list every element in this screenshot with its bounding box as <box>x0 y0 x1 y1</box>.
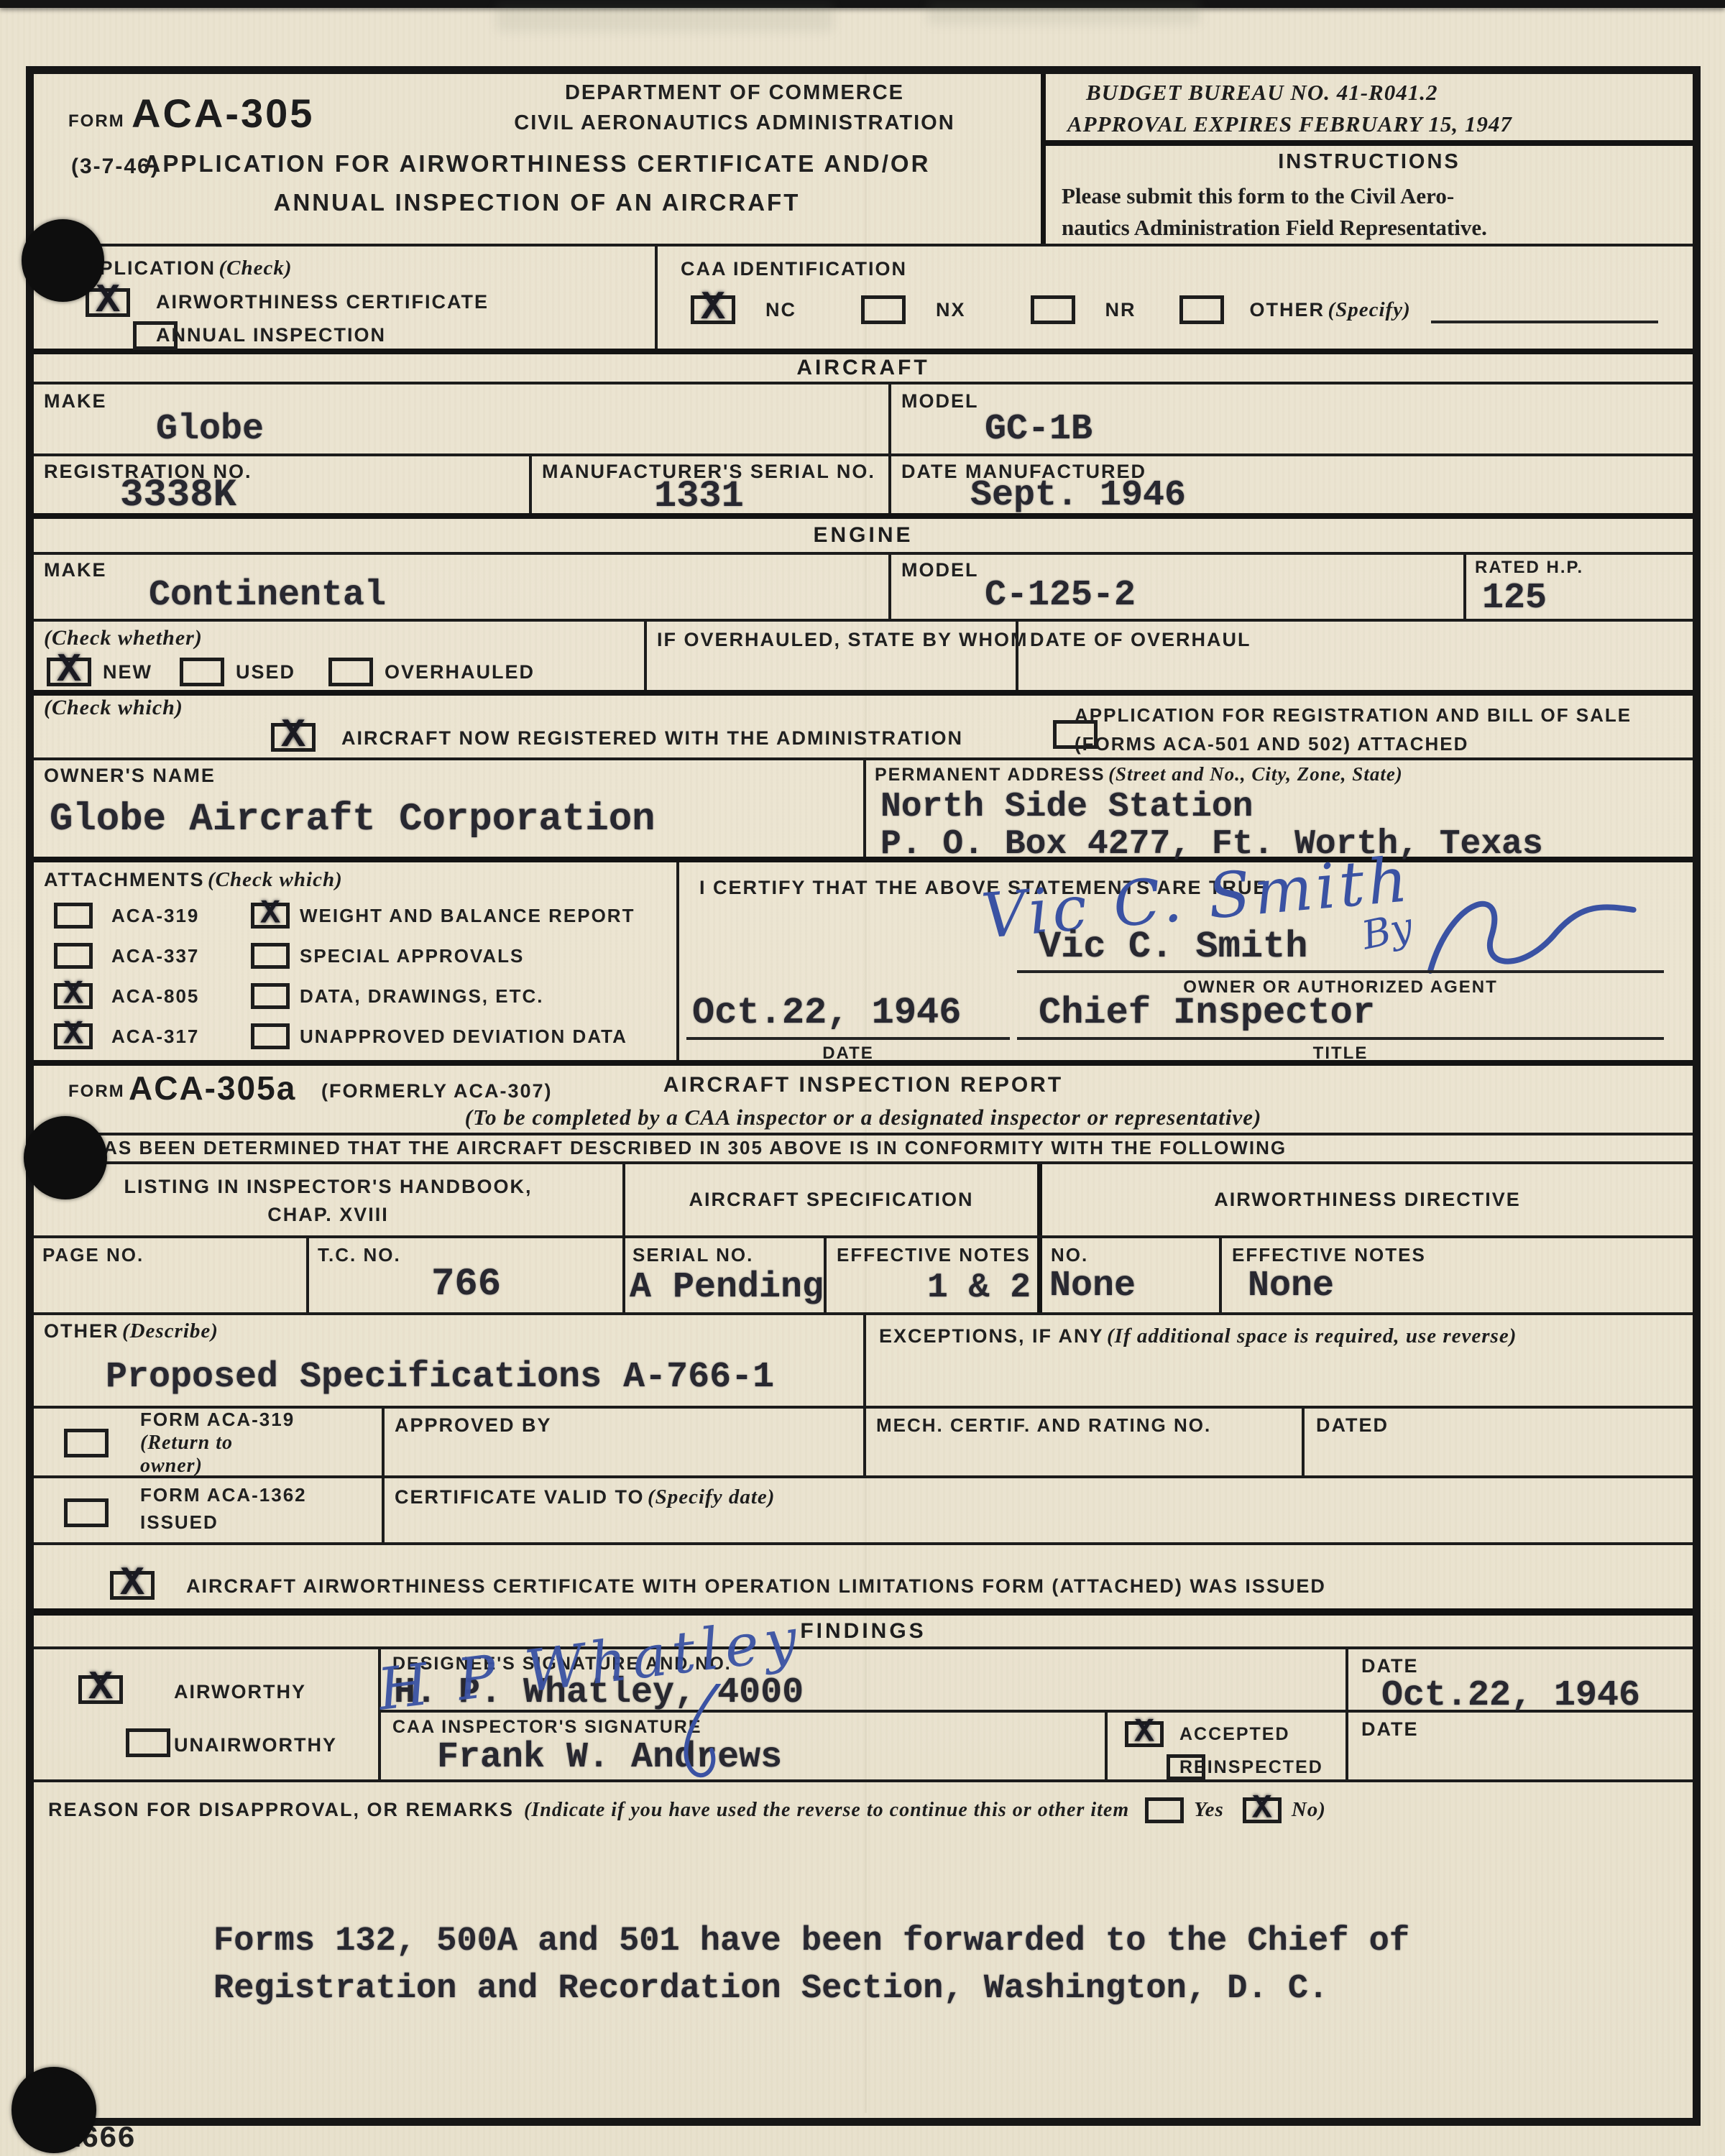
certification-title-value: Chief Inspector <box>1039 992 1375 1034</box>
caa-identification-options: X NC NX NR OTHER (Specify) <box>691 295 1671 324</box>
date-manufactured-value: Sept. 1946 <box>970 475 1186 516</box>
owner-address-line1: North Side Station <box>880 788 1253 826</box>
engine-section-header: ENGINE <box>34 519 1693 555</box>
spec-serial-cell: SERIAL NO. A Pending <box>625 1238 827 1312</box>
spec-values-row: PAGE NO. T.C. NO. 766 SERIAL NO. A Pendi… <box>34 1238 1693 1315</box>
form-title-line2: ANNUAL INSPECTION OF AN AIRCRAFT <box>34 189 1040 216</box>
spec-serial-label: SERIAL NO. <box>632 1244 753 1266</box>
attachment-item: UNAPPROVED DEVIATION DATA <box>251 1023 627 1049</box>
registration-status-row: (Check which) X AIRCRAFT NOW REGISTERED … <box>34 696 1693 760</box>
determination-text: IT HAS BEEN DETERMINED THAT THE AIRCRAFT… <box>63 1137 1287 1159</box>
owner-address-label: PERMANENT ADDRESS (Street and No., City,… <box>875 763 1403 786</box>
certificate-valid-label: CERTIFICATE VALID TO (Specify date) <box>395 1485 775 1509</box>
reason-remarks-line: REASON FOR DISAPPROVAL, OR REMARKS (Indi… <box>34 1782 1693 1829</box>
findings-section-header: FINDINGS <box>34 1616 1693 1649</box>
other-describe-cell: OTHER (Describe) Proposed Specifications… <box>34 1315 866 1406</box>
spec-notes-value: 1 & 2 <box>927 1268 1031 1307</box>
aca319-line2: (Return to <box>140 1432 233 1455</box>
serial-value: 1331 <box>654 475 744 517</box>
title-line <box>1017 1037 1664 1040</box>
certification-date-label: DATE <box>686 1044 1010 1064</box>
other-specify-line <box>1431 296 1658 323</box>
used-label: USED <box>236 661 295 683</box>
form-aca-305: FORM ACA-305 (3-7-46) DEPARTMENT OF COMM… <box>26 66 1701 2126</box>
airworthiness-directive-header: AIRWORTHINESS DIRECTIVE <box>1214 1189 1521 1211</box>
aircraft-make-value: Globe <box>156 409 264 450</box>
overhauled-by-cell: IF OVERHAULED, STATE BY WHOM <box>647 622 1018 690</box>
engine-section-title: ENGINE <box>813 523 913 548</box>
certificate-issued-cell: X AIRCRAFT AIRWORTHINESS CERTIFICATE WIT… <box>34 1545 1693 1608</box>
punch-hole <box>11 2067 96 2153</box>
overhauled-label: OVERHAULED <box>385 661 535 683</box>
certificate-issued-checkbox: X <box>110 1571 155 1600</box>
engine-hp-label: RATED H.P. <box>1475 558 1583 578</box>
punch-hole <box>24 1116 107 1199</box>
approved-by-label: APPROVED BY <box>395 1414 552 1437</box>
mech-certif-cell: MECH. CERTIF. AND RATING NO. <box>866 1409 1305 1475</box>
aca319-checkbox <box>64 1429 109 1457</box>
serial-cell: MANUFACTURER'S SERIAL NO. 1331 <box>532 456 891 513</box>
engine-make-label: MAKE <box>44 559 107 581</box>
signature-by-script: By <box>1358 903 1417 958</box>
airworthiness-certificate-checkbox: X <box>86 288 130 317</box>
inspection-report-header: FORM ACA-305a (FORMERLY ACA-307) AIRCRAF… <box>34 1066 1693 1135</box>
overhauled-checkbox <box>328 658 373 686</box>
engine-hp-cell: RATED H.P. 125 <box>1466 555 1693 619</box>
engine-model-cell: MODEL C-125-2 <box>891 555 1466 619</box>
certificate-issued-row: X AIRCRAFT AIRWORTHINESS CERTIFICATE WIT… <box>34 1545 1693 1616</box>
listing-line2: CHAP. XVIII <box>34 1204 622 1226</box>
remarks-no-label: No) <box>1292 1798 1326 1822</box>
certification-title-label: TITLE <box>1017 1044 1664 1064</box>
registration-status-cell: (Check which) X AIRCRAFT NOW REGISTERED … <box>34 696 1693 757</box>
budget-bureau-no: BUDGET BUREAU NO. 41-R041.2 <box>1086 80 1437 106</box>
owner-name-value: Globe Aircraft Corporation <box>50 798 655 842</box>
aircraft-section-header: AIRCRAFT <box>34 354 1693 384</box>
directive-notes-label: EFFECTIVE NOTES <box>1232 1244 1426 1266</box>
aca1362-checkbox <box>64 1498 109 1527</box>
findings-row: X AIRWORTHY UNAIRWORTHY DESIGNEE'S SIGNA… <box>34 1649 1693 1782</box>
aircraft-model-cell: MODEL GC-1B <box>891 384 1693 453</box>
date-line <box>686 1037 1010 1040</box>
scanned-form-page: FORM ACA-305 (3-7-46) DEPARTMENT OF COMM… <box>0 0 1725 2156</box>
reason-label-paren: (Indicate if you have used the reverse t… <box>524 1799 1129 1822</box>
airworthiness-directive-header-cell: AIRWORTHINESS DIRECTIVE <box>1042 1164 1693 1235</box>
tc-no-label: T.C. NO. <box>318 1244 401 1266</box>
attachments-certification-row: ATTACHMENTS (Check which) ACA-319 ACA-33… <box>34 862 1693 1066</box>
punch-hole <box>22 219 104 302</box>
aca1362-line2: ISSUED <box>140 1511 218 1534</box>
attachment-item: DATA, DRAWINGS, ETC. <box>251 983 543 1009</box>
remarks-no-checkbox: X <box>1243 1797 1282 1823</box>
other-label: OTHER (Specify) <box>1250 298 1411 322</box>
aca319-line3: owner) <box>140 1455 203 1478</box>
attachment-item: ACA-337 <box>54 943 199 969</box>
date-manufactured-cell: DATE MANUFACTURED Sept. 1946 <box>891 456 1693 513</box>
application-cell: APPLICATION (Check) X AIRWORTHINESS CERT… <box>34 247 658 349</box>
remarks-yes-checkbox <box>1145 1797 1184 1823</box>
reason-label: REASON FOR DISAPPROVAL, OR REMARKS <box>48 1799 514 1821</box>
header-right: BUDGET BUREAU NO. 41-R041.2 APPROVAL EXP… <box>1046 74 1693 244</box>
certification-cell: I CERTIFY THAT THE ABOVE STATEMENTS ARE … <box>679 862 1693 1060</box>
form-label: FORM <box>68 111 125 132</box>
attachment-item: XACA-317 <box>54 1023 199 1049</box>
other-checkbox <box>1179 295 1224 324</box>
tc-no-value: 766 <box>431 1263 501 1307</box>
attachment-item: XWEIGHT AND BALANCE REPORT <box>251 903 635 929</box>
nr-checkbox <box>1031 295 1075 324</box>
directive-no-value: None <box>1049 1266 1136 1307</box>
faint-stamp <box>496 3 834 32</box>
designee-row: DESIGNEE'S SIGNATURE AND NO. H. P. Whatl… <box>381 1649 1693 1713</box>
engine-make-model-row: MAKE Continental MODEL C-125-2 RATED H.P… <box>34 555 1693 622</box>
findings-date1-value: Oct.22, 1946 <box>1381 1675 1640 1716</box>
aircraft-make-model-row: MAKE Globe MODEL GC-1B <box>34 384 1693 456</box>
aircraft-model-label: MODEL <box>901 390 979 413</box>
certificate-valid-cell: CERTIFICATE VALID TO (Specify date) <box>385 1478 1693 1542</box>
data-drawings-checkbox <box>251 983 290 1009</box>
aircraft-section-title: AIRCRAFT <box>796 356 929 380</box>
other-describe-label: OTHER (Describe) <box>44 1319 218 1343</box>
determination-row: IT HAS BEEN DETERMINED THAT THE AIRCRAFT… <box>34 1135 1693 1164</box>
owner-row: OWNER'S NAME Globe Aircraft Corporation … <box>34 760 1693 862</box>
aircraft-make-cell: MAKE Globe <box>34 384 891 453</box>
spec-notes-cell: EFFECTIVE NOTES 1 & 2 <box>827 1238 1042 1312</box>
signature-tail-flourish <box>654 1684 740 1784</box>
attachment-item: ACA-319 <box>54 903 199 929</box>
aircraft-model-value: GC-1B <box>985 409 1092 450</box>
budget-bureau-box: BUDGET BUREAU NO. 41-R041.2 APPROVAL EXP… <box>1046 74 1693 146</box>
engine-condition-options: X NEW USED OVERHAULED <box>47 658 535 686</box>
aca-337-checkbox <box>54 943 93 969</box>
accepted-cell: X ACCEPTED REINSPECTED <box>1108 1713 1348 1779</box>
nx-label: NX <box>936 299 966 321</box>
listing-line1: LISTING IN INSPECTOR'S HANDBOOK, <box>34 1176 622 1198</box>
caa-identification-label: CAA IDENTIFICATION <box>681 258 907 280</box>
registration-value: 3338K <box>120 474 236 517</box>
directive-no-cell: NO. None <box>1042 1238 1222 1312</box>
accepted-checkbox: X <box>1125 1721 1164 1747</box>
engine-make-cell: MAKE Continental <box>34 555 891 619</box>
directive-no-label: NO. <box>1051 1244 1088 1266</box>
application-row: APPLICATION (Check) X AIRWORTHINESS CERT… <box>34 247 1693 354</box>
header-left: FORM ACA-305 (3-7-46) DEPARTMENT OF COMM… <box>34 74 1046 244</box>
remarks-body-cell: Forms 132, 500A and 501 have been forwar… <box>34 1829 1693 2118</box>
owner-address-cell: PERMANENT ADDRESS (Street and No., City,… <box>866 760 1693 857</box>
mech-certif-label: MECH. CERTIF. AND RATING NO. <box>876 1414 1211 1437</box>
unapproved-deviation-checkbox <box>251 1023 290 1049</box>
aircraft-spec-header: AIRCRAFT SPECIFICATION <box>689 1189 974 1211</box>
bill-of-sale-line1: APPLICATION FOR REGISTRATION AND BILL OF… <box>1075 704 1632 727</box>
remarks-line1: Forms 132, 500A and 501 have been forwar… <box>213 1922 1409 1961</box>
engine-hp-value: 125 <box>1482 578 1547 619</box>
exceptions-cell: EXCEPTIONS, IF ANY (If additional space … <box>866 1315 1693 1406</box>
reinspected-label: REINSPECTED <box>1179 1757 1323 1778</box>
aca319-line1: FORM ACA-319 <box>140 1409 295 1431</box>
certification-date-value: Oct.22, 1946 <box>692 992 961 1034</box>
overhaul-date-cell: DATE OF OVERHAUL <box>1018 622 1693 690</box>
aca1362-checkbox-cell: FORM ACA-1362 ISSUED <box>34 1478 385 1542</box>
special-approvals-checkbox <box>251 943 290 969</box>
nc-label: NC <box>765 299 796 321</box>
attachment-item: SPECIAL APPROVALS <box>251 943 524 969</box>
weight-balance-checkbox: X <box>251 903 290 929</box>
findings-date2-label: DATE <box>1361 1718 1419 1741</box>
remarks-yes-label: Yes <box>1194 1798 1224 1822</box>
caa-inspector-cell: CAA INSPECTOR'S SIGNATURE Frank W. Andre… <box>381 1713 1108 1779</box>
findings-date1-label: DATE <box>1361 1655 1419 1677</box>
nx-checkbox <box>861 295 906 324</box>
scan-edge-artifact <box>0 0 1725 8</box>
spec-serial-value: A Pending <box>630 1267 824 1308</box>
findings-section-title: FINDINGS <box>800 1619 926 1644</box>
overhaul-date-label: DATE OF OVERHAUL <box>1030 629 1251 651</box>
attachments-cell: ATTACHMENTS (Check which) ACA-319 ACA-33… <box>34 862 679 1060</box>
form-header-row: FORM ACA-305 (3-7-46) DEPARTMENT OF COMM… <box>34 74 1693 247</box>
bill-of-sale-line2: (FORMS ACA-501 AND 502) ATTACHED <box>1075 733 1468 755</box>
aircraft-registration-row: REGISTRATION NO. 3338K MANUFACTURER'S SE… <box>34 456 1693 519</box>
instructions-line2: nautics Administration Field Representat… <box>1062 215 1487 241</box>
certificate-issued-label: AIRCRAFT AIRWORTHINESS CERTIFICATE WITH … <box>186 1575 1326 1598</box>
owner-address-line2: P. O. Box 4277, Ft. Worth, Texas <box>880 825 1543 864</box>
used-checkbox <box>180 658 224 686</box>
spec-header-row: LISTING IN INSPECTOR'S HANDBOOK, CHAP. X… <box>34 1164 1693 1238</box>
unairworthy-checkbox <box>126 1728 170 1757</box>
engine-condition-row: (Check whether) X NEW USED OVERHAULED IF… <box>34 622 1693 696</box>
nr-label: NR <box>1105 299 1136 321</box>
reason-remarks-row: REASON FOR DISAPPROVAL, OR REMARKS (Indi… <box>34 1782 1693 1829</box>
approval-expires: APPROVAL EXPIRES FEBRUARY 15, 1947 <box>1067 111 1512 137</box>
new-checkbox: X <box>47 658 91 686</box>
department-line1: DEPARTMENT OF COMMERCE <box>436 81 1033 105</box>
unairworthy-label: UNAIRWORTHY <box>174 1734 337 1756</box>
department-block: DEPARTMENT OF COMMERCE CIVIL AERONAUTICS… <box>436 81 1033 135</box>
attachment-item: XACA-805 <box>54 983 199 1009</box>
caa-inspector-row: CAA INSPECTOR'S SIGNATURE Frank W. Andre… <box>381 1713 1693 1779</box>
registration-cell: REGISTRATION NO. 3338K <box>34 456 532 513</box>
nc-checkbox: X <box>691 295 735 324</box>
aircraft-spec-header-cell: AIRCRAFT SPECIFICATION <box>625 1164 1042 1235</box>
inspection-report-header-cell: FORM ACA-305a (FORMERLY ACA-307) AIRCRAF… <box>34 1066 1693 1133</box>
form-title-line1: APPLICATION FOR AIRWORTHINESS CERTIFICAT… <box>34 150 1040 178</box>
inspection-report-title: AIRCRAFT INSPECTION REPORT <box>34 1073 1693 1097</box>
instructions-line1: Please submit this form to the Civil Aer… <box>1062 183 1454 209</box>
findings-right: DESIGNEE'S SIGNATURE AND NO. H. P. Whatl… <box>381 1649 1693 1779</box>
annual-inspection-label: ANNUAL INSPECTION <box>156 324 386 346</box>
registered-checkbox: X <box>271 723 316 752</box>
remarks-line2: Registration and Recordation Section, Wa… <box>213 1970 1328 2008</box>
engine-model-value: C-125-2 <box>985 575 1136 616</box>
dated-label: DATED <box>1316 1414 1389 1437</box>
caa-identification-cell: CAA IDENTIFICATION X NC NX NR OTHER (Spe… <box>658 247 1693 349</box>
aca-805-checkbox: X <box>54 983 93 1009</box>
faint-stamp <box>927 0 1200 24</box>
engine-make-value: Continental <box>149 575 386 616</box>
remarks-body-row: Forms 132, 500A and 501 have been forwar… <box>34 1829 1693 2118</box>
directive-notes-value: None <box>1248 1266 1334 1307</box>
signature-flourish <box>1408 869 1655 994</box>
attachments-label: ATTACHMENTS (Check which) <box>44 868 343 892</box>
engine-model-label: MODEL <box>901 559 979 581</box>
form-number: ACA-305 <box>132 90 314 137</box>
aca1362-row: FORM ACA-1362 ISSUED CERTIFICATE VALID T… <box>34 1478 1693 1545</box>
form-title-block: APPLICATION FOR AIRWORTHINESS CERTIFICAT… <box>34 150 1040 216</box>
aca319-checkbox-cell: FORM ACA-319 (Return to owner) <box>34 1409 385 1475</box>
page-no-cell: PAGE NO. <box>34 1238 309 1312</box>
other-describe-value: Proposed Specifications A-766-1 <box>106 1357 774 1398</box>
new-label: NEW <box>103 661 152 683</box>
findings-date1-cell: DATE Oct.22, 1946 <box>1348 1649 1693 1710</box>
registered-label: AIRCRAFT NOW REGISTERED WITH THE ADMINIS… <box>341 727 963 750</box>
findings-date2-cell: DATE <box>1348 1713 1693 1779</box>
inspection-report-subtitle: (To be completed by a CAA inspector or a… <box>34 1105 1693 1130</box>
overhauled-by-label: IF OVERHAULED, STATE BY WHOM <box>657 629 1029 651</box>
aircraft-make-label: MAKE <box>44 390 107 413</box>
airworthy-checkbox: X <box>78 1675 123 1704</box>
check-which-label: (Check which) <box>44 696 183 720</box>
owner-name-label: OWNER'S NAME <box>44 765 216 787</box>
owner-signature-typed: Vic C. Smith <box>1039 926 1307 968</box>
engine-condition-cell: (Check whether) X NEW USED OVERHAULED <box>34 622 647 690</box>
accepted-label: ACCEPTED <box>1179 1724 1290 1745</box>
directive-notes-cell: EFFECTIVE NOTES None <box>1222 1238 1693 1312</box>
airworthy-label: AIRWORTHY <box>174 1681 306 1703</box>
page-no-label: PAGE NO. <box>42 1244 144 1266</box>
dated-cell: DATED <box>1305 1409 1693 1475</box>
airworthiness-certificate-label: AIRWORTHINESS CERTIFICATE <box>156 291 489 313</box>
other-exceptions-row: OTHER (Describe) Proposed Specifications… <box>34 1315 1693 1409</box>
listing-header-cell: LISTING IN INSPECTOR'S HANDBOOK, CHAP. X… <box>34 1164 625 1235</box>
tc-no-cell: T.C. NO. 766 <box>309 1238 625 1312</box>
aca1362-line1: FORM ACA-1362 <box>140 1484 307 1506</box>
department-line2: CIVIL AERONAUTICS ADMINISTRATION <box>436 111 1033 135</box>
designee-cell: DESIGNEE'S SIGNATURE AND NO. H. P. Whatl… <box>381 1649 1348 1710</box>
instructions-box: INSTRUCTIONS Please submit this form to … <box>1046 146 1693 244</box>
signature-line <box>1017 970 1664 973</box>
airworthy-cell: X AIRWORTHY UNAIRWORTHY <box>34 1649 381 1779</box>
spec-notes-label: EFFECTIVE NOTES <box>837 1244 1031 1266</box>
aca-319-checkbox <box>54 903 93 929</box>
instructions-title: INSTRUCTIONS <box>1046 150 1693 174</box>
approved-by-cell: APPROVED BY <box>385 1409 866 1475</box>
aca-317-checkbox: X <box>54 1023 93 1049</box>
aca319-row: FORM ACA-319 (Return to owner) APPROVED … <box>34 1409 1693 1478</box>
owner-name-cell: OWNER'S NAME Globe Aircraft Corporation <box>34 760 866 857</box>
exceptions-label: EXCEPTIONS, IF ANY (If additional space … <box>879 1321 1655 1355</box>
